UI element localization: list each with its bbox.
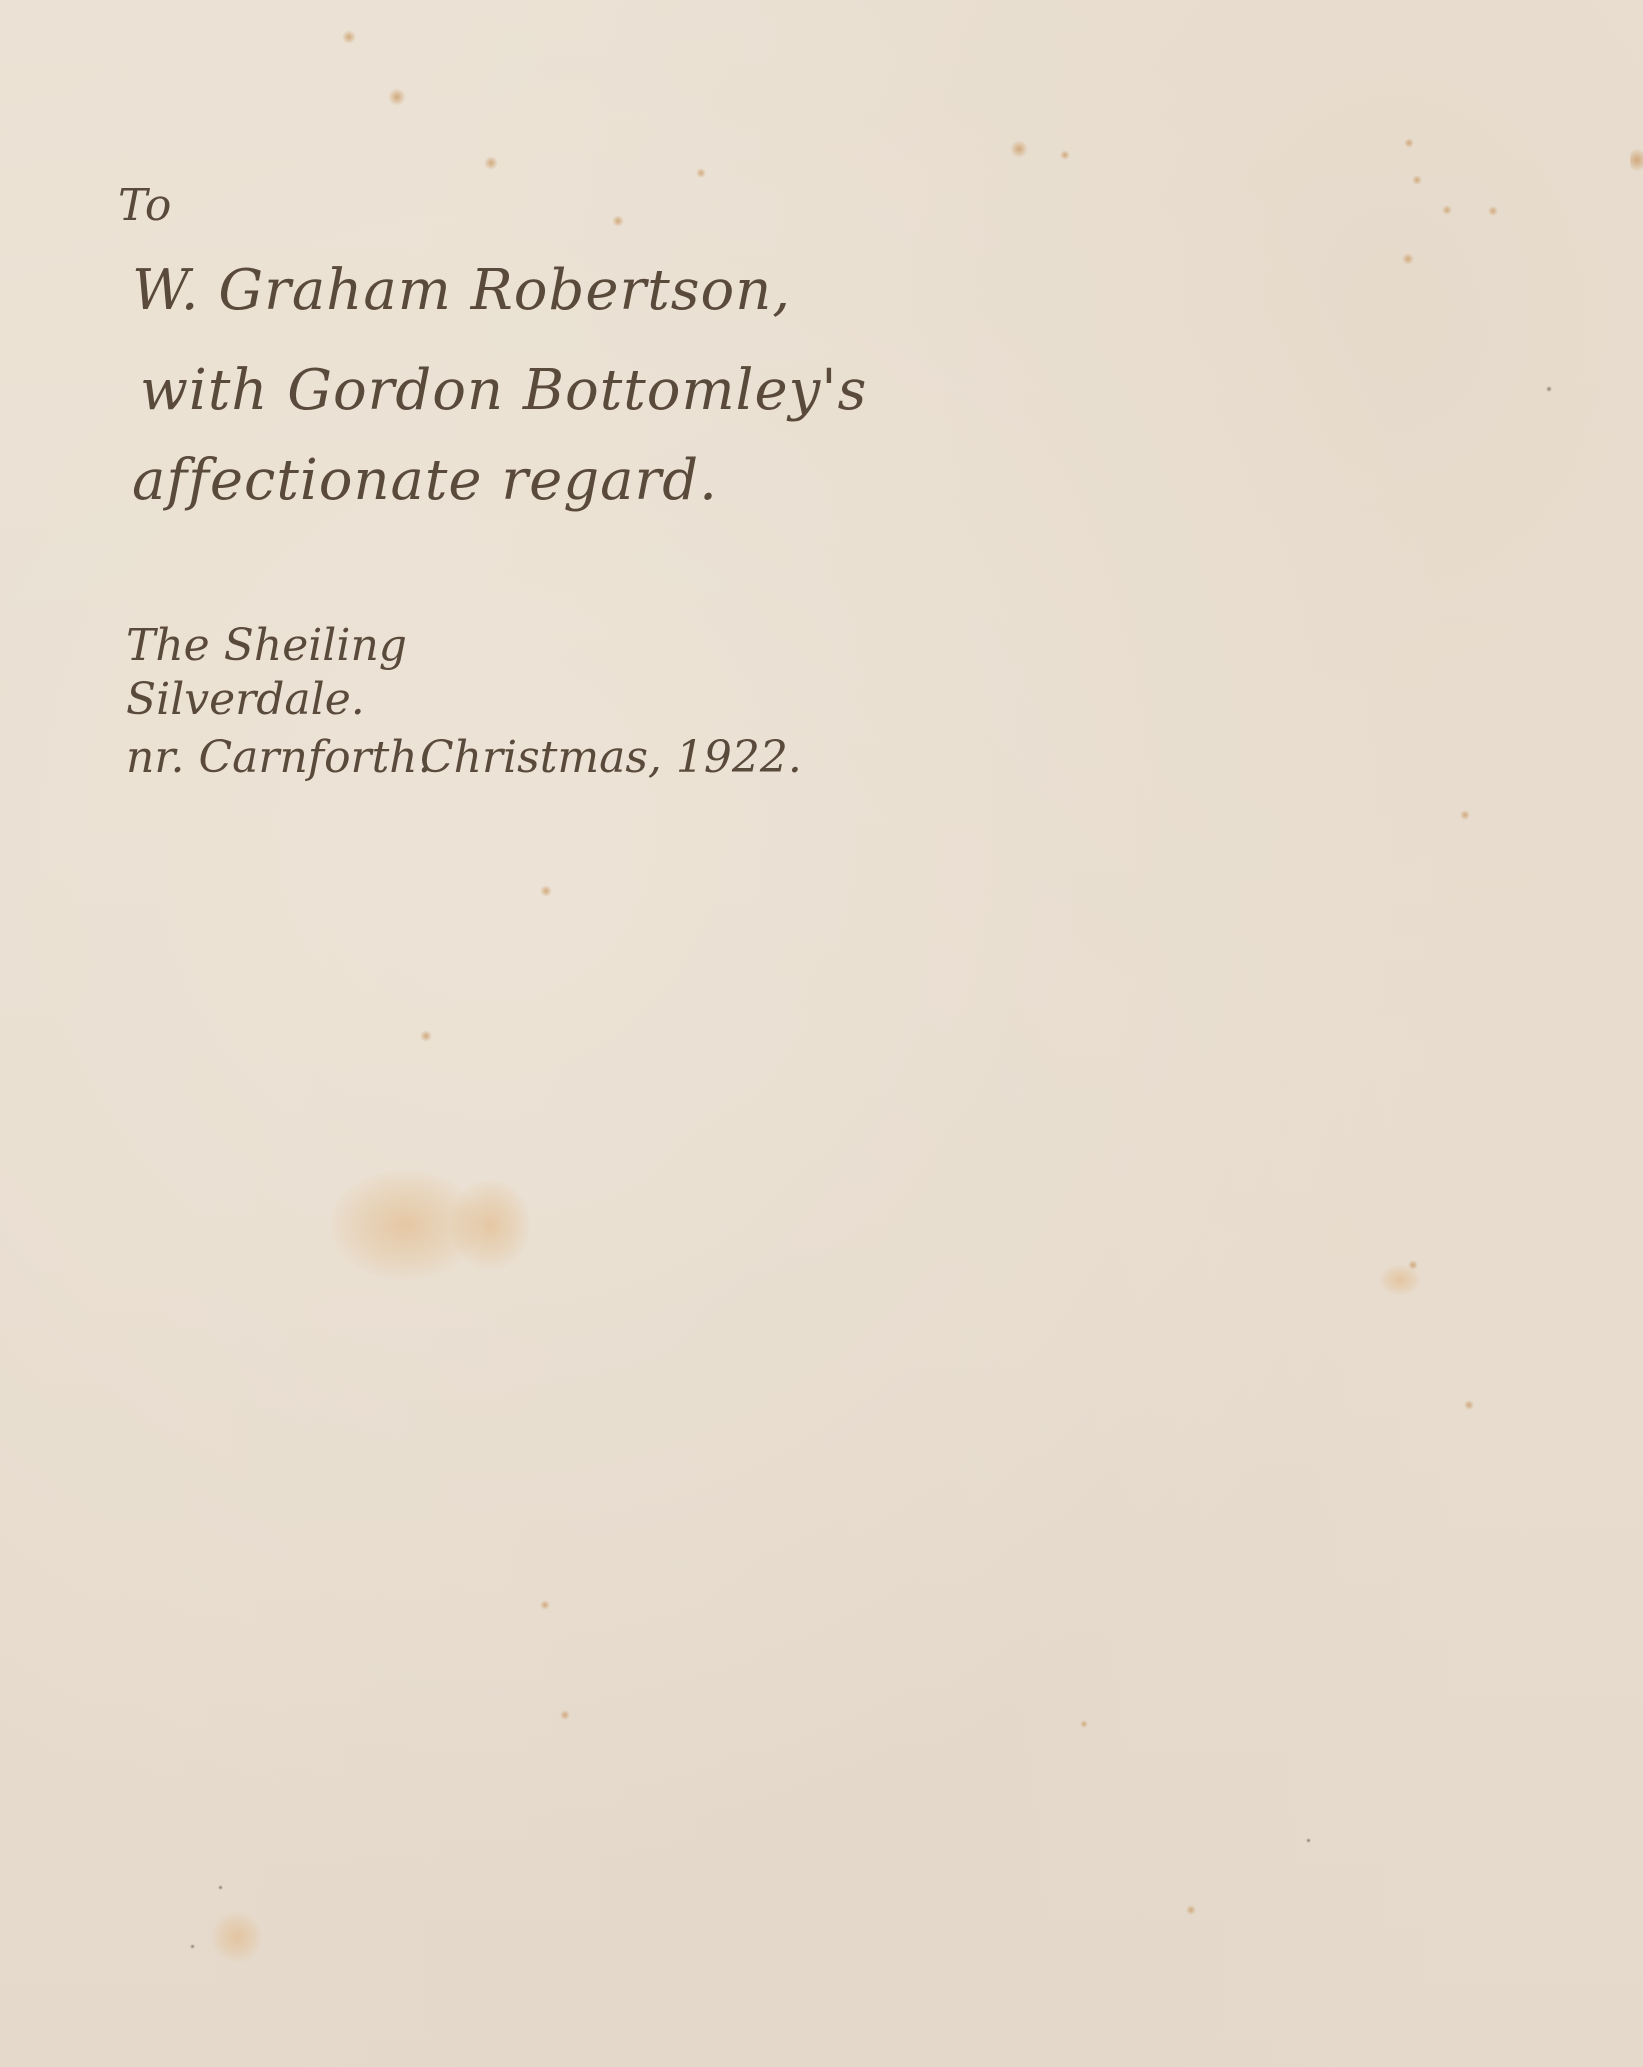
foxing-spot <box>218 1885 223 1890</box>
inscription-from-line: with Gordon Bottomley's <box>140 358 867 423</box>
address-line-village: Silverdale. <box>126 674 365 725</box>
inscription-date: Christmas, 1922. <box>420 732 802 783</box>
foxing-spot <box>1442 205 1452 215</box>
foxing-stain <box>212 1912 262 1962</box>
address-line-house: The Sheiling <box>126 620 407 671</box>
foxing-spot <box>388 88 406 106</box>
foxing-spot <box>342 30 356 44</box>
inscription-recipient: W. Graham Robertson, <box>132 258 791 323</box>
foxing-spot <box>1060 150 1070 160</box>
foxing-spot <box>1460 810 1470 820</box>
foxing-spot <box>1464 1400 1474 1410</box>
foxing-spot <box>1488 206 1498 216</box>
foxing-spot <box>696 168 706 178</box>
foxing-spot <box>612 215 624 227</box>
foxing-spot <box>1546 386 1552 392</box>
foxing-spot <box>540 1600 550 1610</box>
foxing-stain <box>450 1180 530 1270</box>
foxing-spot <box>1080 1720 1088 1728</box>
foxing-spot <box>1186 1905 1196 1915</box>
foxing-spot <box>420 1030 432 1042</box>
foxing-spot <box>190 1944 195 1949</box>
book-page: To W. Graham Robertson, with Gordon Bott… <box>0 0 1643 2067</box>
foxing-spot <box>1630 145 1643 175</box>
foxing-spot <box>540 885 552 897</box>
foxing-spot <box>1404 138 1414 148</box>
inscription-regard-line: affectionate regard. <box>132 448 718 513</box>
foxing-stain <box>1380 1265 1420 1295</box>
foxing-spot <box>1402 253 1414 265</box>
foxing-spot <box>1010 140 1028 158</box>
foxing-spot <box>1306 1838 1311 1843</box>
foxing-spot <box>1412 175 1422 185</box>
foxing-spot <box>484 156 498 170</box>
foxing-spot <box>560 1710 570 1720</box>
address-line-town: nr. Carnforth. <box>126 732 432 783</box>
inscription-salutation: To <box>118 180 172 231</box>
